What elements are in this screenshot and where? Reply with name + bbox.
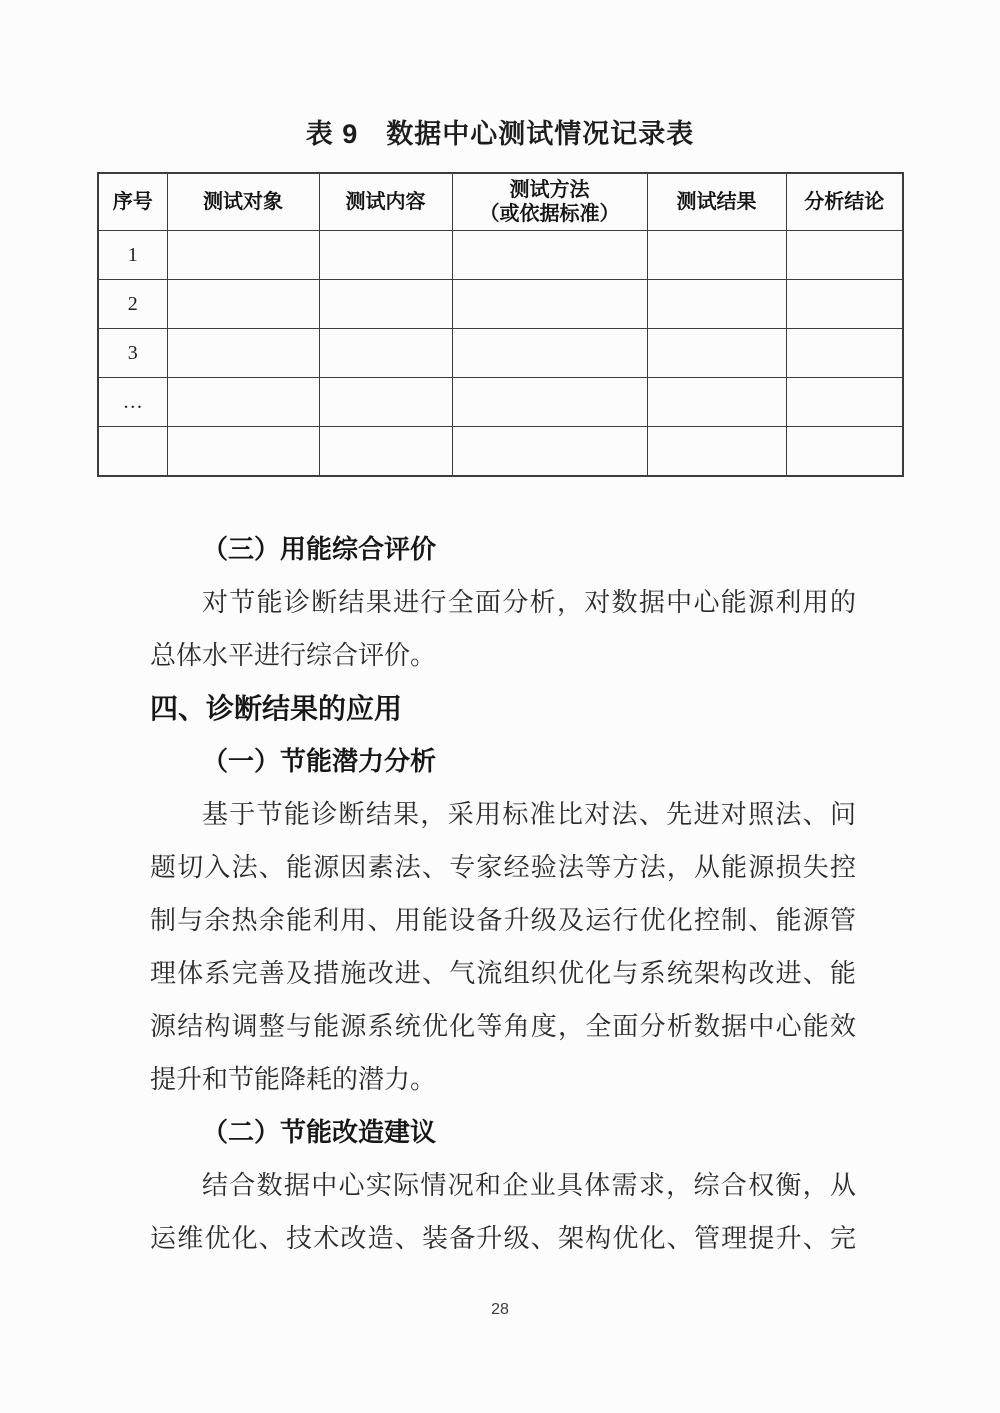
subsection-heading: （二）节能改造建议 bbox=[202, 1106, 856, 1159]
table-row: … bbox=[98, 378, 903, 427]
table-header-row: 序号测试对象测试内容测试方法（或依据标准）测试结果分析结论 bbox=[98, 173, 903, 231]
paragraph: 对节能诊断结果进行全面分析，对数据中心能源利用的总体水平进行综合评价。 bbox=[150, 576, 856, 682]
table-cell bbox=[167, 280, 319, 329]
section-heading: 四、诊断结果的应用 bbox=[150, 682, 856, 735]
table-cell bbox=[452, 427, 647, 477]
text-line: 结合数据中心实际情况和企业具体需求，综合权衡，从 bbox=[150, 1159, 856, 1212]
table-cell bbox=[647, 329, 786, 378]
row-index-cell: 3 bbox=[98, 329, 167, 378]
table-cell bbox=[786, 329, 903, 378]
document-page: { "document": { "title": "表 9 数据中心测试情况记录… bbox=[0, 0, 1000, 1413]
table-header-cell: 分析结论 bbox=[786, 173, 903, 231]
text-line: 总体水平进行综合评价。 bbox=[150, 629, 856, 682]
table-header-cell: 序号 bbox=[98, 173, 167, 231]
content-area: （三）用能综合评价对节能诊断结果进行全面分析，对数据中心能源利用的总体水平进行综… bbox=[150, 523, 856, 1265]
table-row: 3 bbox=[98, 329, 903, 378]
table-header-cell: 测试方法（或依据标准） bbox=[452, 173, 647, 231]
row-index-cell: 1 bbox=[98, 231, 167, 280]
row-index-cell: … bbox=[98, 378, 167, 427]
text-line: 提升和节能降耗的潜力。 bbox=[150, 1053, 856, 1106]
row-index-cell: 2 bbox=[98, 280, 167, 329]
table-cell bbox=[647, 427, 786, 477]
text-line: 源结构调整与能源系统优化等角度，全面分析数据中心能效 bbox=[150, 1000, 856, 1053]
table-cell bbox=[319, 378, 452, 427]
subsection-heading: （一）节能潜力分析 bbox=[202, 735, 856, 788]
table-cell bbox=[786, 280, 903, 329]
table-header-cell: 测试内容 bbox=[319, 173, 452, 231]
table-cell bbox=[786, 378, 903, 427]
table-cell bbox=[647, 231, 786, 280]
paragraph: 基于节能诊断结果，采用标准比对法、先进对照法、问题切入法、能源因素法、专家经验法… bbox=[150, 788, 856, 1106]
table-cell bbox=[452, 329, 647, 378]
table-cell bbox=[452, 280, 647, 329]
table-cell bbox=[167, 378, 319, 427]
table-cell bbox=[319, 329, 452, 378]
table-cell bbox=[319, 427, 452, 477]
table-row: 1 bbox=[98, 231, 903, 280]
paragraph: 结合数据中心实际情况和企业具体需求，综合权衡，从运维优化、技术改造、装备升级、架… bbox=[150, 1159, 856, 1265]
text-line: 运维优化、技术改造、装备升级、架构优化、管理提升、完 bbox=[150, 1212, 856, 1265]
table-body: 123… bbox=[98, 231, 903, 477]
table-cell bbox=[647, 378, 786, 427]
table-cell bbox=[786, 231, 903, 280]
test-record-table: 序号测试对象测试内容测试方法（或依据标准）测试结果分析结论 123… bbox=[97, 172, 904, 477]
page-number: 28 bbox=[0, 1301, 1000, 1319]
table-cell bbox=[319, 280, 452, 329]
table-cell bbox=[786, 427, 903, 477]
table-row bbox=[98, 427, 903, 477]
text-line: 题切入法、能源因素法、专家经验法等方法，从能源损失控 bbox=[150, 841, 856, 894]
text-line: 理体系完善及措施改进、气流组织优化与系统架构改进、能 bbox=[150, 947, 856, 1000]
row-index-cell bbox=[98, 427, 167, 477]
text-line: 基于节能诊断结果，采用标准比对法、先进对照法、问 bbox=[150, 788, 856, 841]
subsection-heading: （三）用能综合评价 bbox=[202, 523, 856, 576]
text-line: 对节能诊断结果进行全面分析，对数据中心能源利用的 bbox=[150, 576, 856, 629]
table-cell bbox=[167, 427, 319, 477]
table-cell bbox=[647, 280, 786, 329]
table-cell bbox=[452, 378, 647, 427]
table-cell bbox=[167, 329, 319, 378]
table-cell bbox=[452, 231, 647, 280]
table-row: 2 bbox=[98, 280, 903, 329]
table-header-cell: 测试对象 bbox=[167, 173, 319, 231]
table-header-cell: 测试结果 bbox=[647, 173, 786, 231]
table-cell bbox=[319, 231, 452, 280]
text-line: 制与余热余能利用、用能设备升级及运行优化控制、能源管 bbox=[150, 894, 856, 947]
table-cell bbox=[167, 231, 319, 280]
table-title: 表 9 数据中心测试情况记录表 bbox=[0, 112, 1000, 151]
